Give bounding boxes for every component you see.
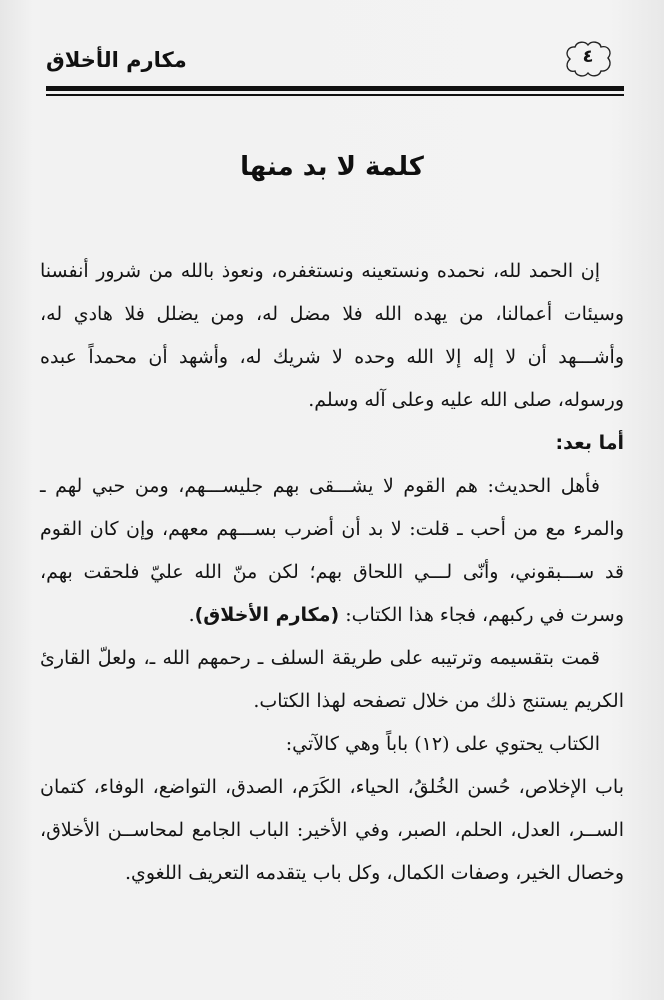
- running-title: مكارم الأخلاق: [46, 48, 187, 72]
- book-page: مكارم الأخلاق ٤ كلمة لا بد منها إن الحمد…: [0, 0, 664, 1000]
- paragraph-ahl-alhadith: فأهل الحديث: هم القوم لا يشـــقى بهم جلي…: [40, 465, 624, 637]
- body-text: إن الحمد لله، نحمده ونستعينه ونستغفره، و…: [40, 250, 624, 895]
- section-title: كلمة لا بد منها: [0, 152, 664, 182]
- page-number: ٤: [562, 46, 614, 67]
- paragraph-arrangement: قمت بتقسيمه وترتيبه على طريقة السلف ـ رح…: [40, 637, 624, 723]
- book-title-reference: (مكارم الأخلاق): [195, 604, 340, 626]
- header-rule-thin: [46, 94, 624, 96]
- paragraph-chapter-count: الكتاب يحتوي على (١٢) باباً وهي كالآتي:: [40, 723, 624, 766]
- header-rule-thick: [46, 86, 624, 91]
- paragraph-chapter-list: باب الإخلاص، حُسن الخُلقُ، الحياء، الكَر…: [40, 766, 624, 895]
- paragraph-opening: إن الحمد لله، نحمده ونستعينه ونستغفره، و…: [40, 250, 624, 422]
- page-header: مكارم الأخلاق ٤: [40, 38, 624, 98]
- paragraph-amma-baad: أما بعد:: [40, 422, 624, 465]
- page-number-badge: ٤: [562, 40, 614, 78]
